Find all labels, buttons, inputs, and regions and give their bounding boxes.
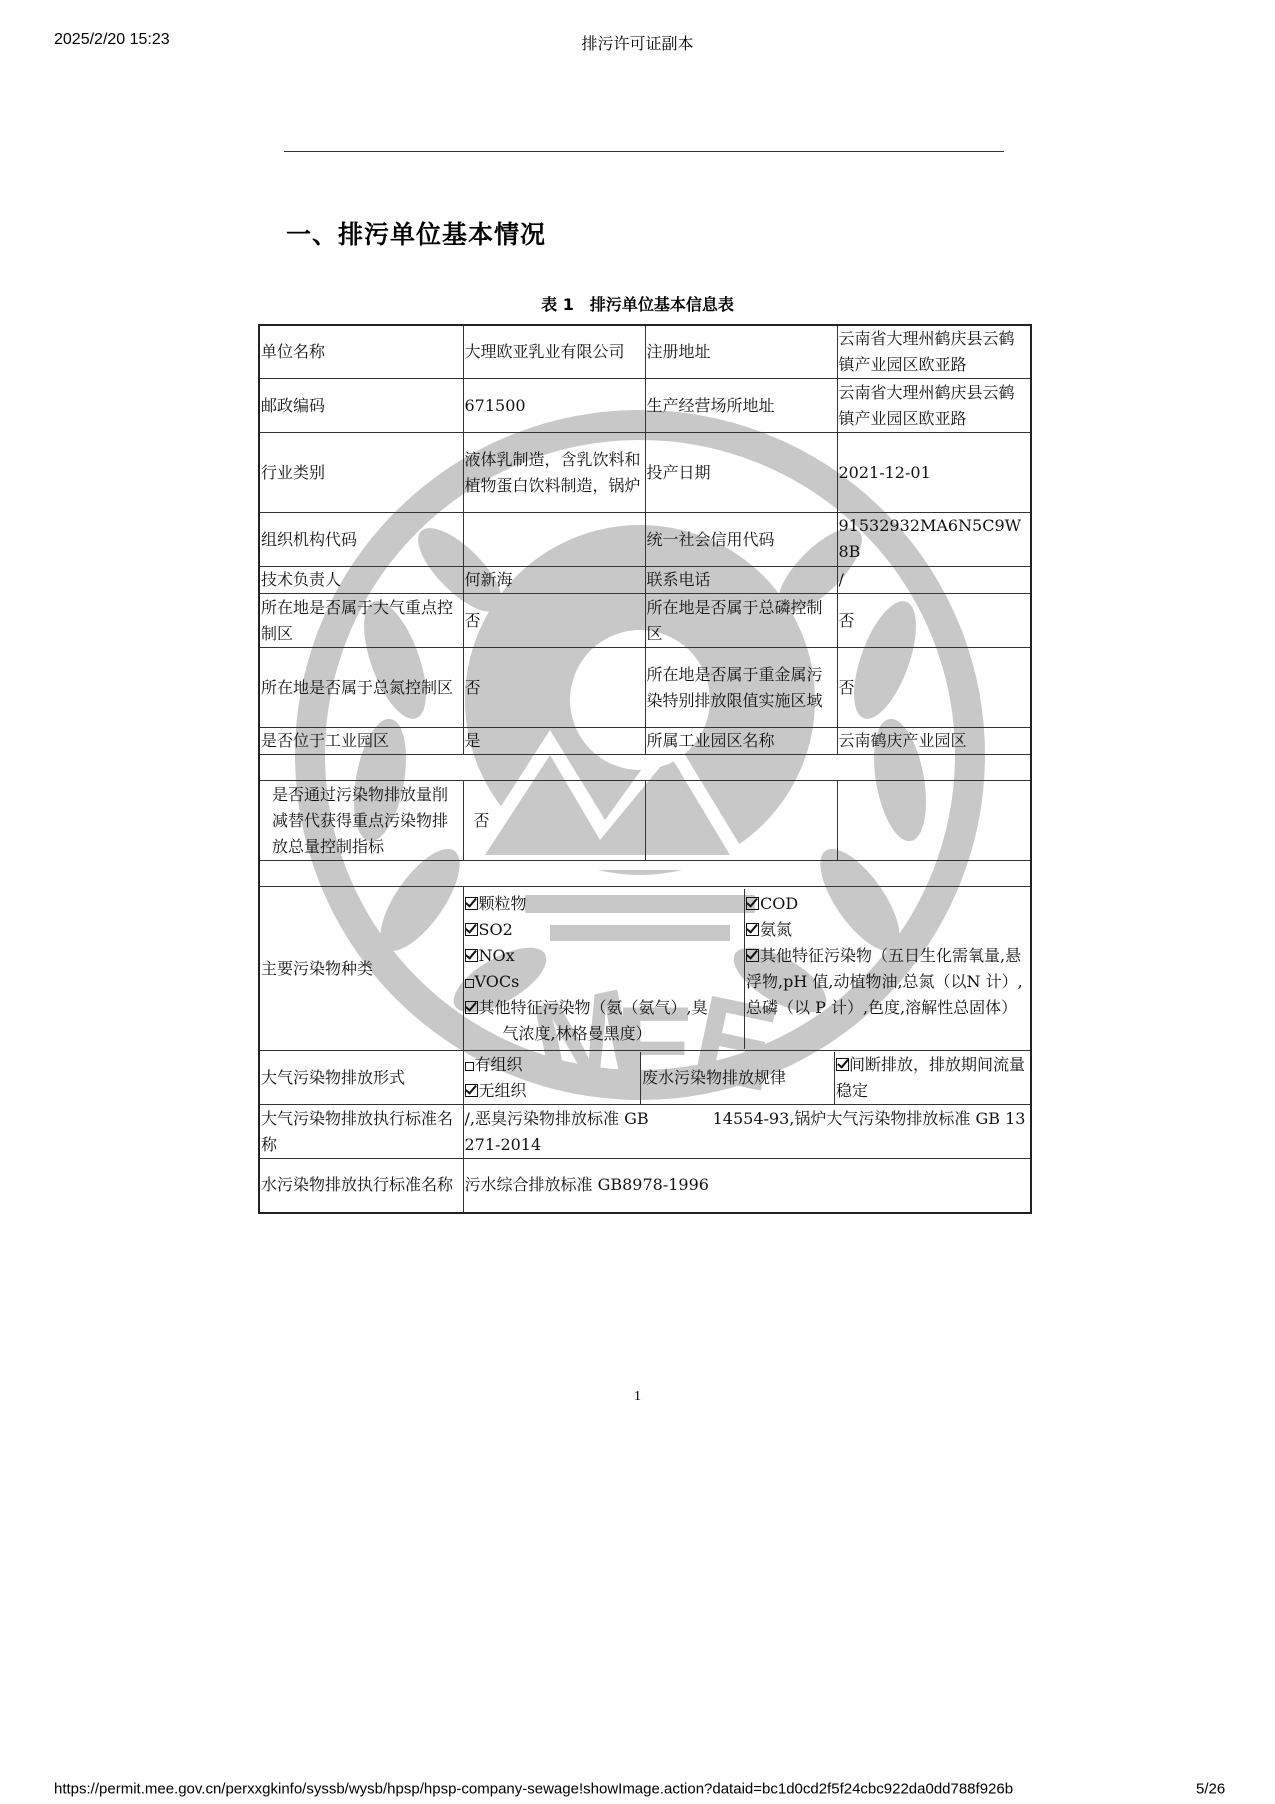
table-row: 所在地是否属于总氮控制区 否 所在地是否属于重金属污染特别排放限值实施区域 否 [259, 648, 1031, 728]
cell-value: 否 [463, 648, 645, 728]
table-row: 水污染物排放执行标准名称 污水综合排放标准 GB8978-1996 [259, 1159, 1031, 1213]
cell-value: 云南省大理州鹤庆县云鹤镇产业园区欧亚路 [837, 379, 1031, 433]
reduction-value: 否 [463, 781, 645, 861]
cell-value: / [837, 567, 1031, 594]
cell-value: 91532932MA6N5C9W8B [837, 513, 1031, 567]
page-number: 1 [0, 1389, 1275, 1405]
print-header-title: 排污许可证副本 [0, 31, 1275, 54]
print-footer-url: https://permit.mee.gov.cn/perxxgkinfo/sy… [54, 1781, 1013, 1798]
cell-label: 行业类别 [259, 433, 463, 513]
table-row: 主要污染物种类 颗粒物 SO2 NOx VOCs 其他特征污染物（氨（氨气）,臭… [259, 887, 1031, 1051]
pollutants-label: 主要污染物种类 [259, 887, 463, 1051]
pollutants-inner: 颗粒物 SO2 NOx VOCs 其他特征污染物（氨（氨气）,臭 气浓度,林格曼… [464, 889, 1031, 1049]
checkbox-checked-icon [465, 949, 478, 962]
cell-value: 否 [463, 594, 645, 648]
cell-value: 否 [837, 594, 1031, 648]
checkbox-item: 颗粒物 [465, 891, 744, 917]
air-emission-options: 有组织 无组织 [464, 1052, 641, 1104]
cell-label: 联系电话 [645, 567, 837, 594]
checkbox-checked-icon [746, 949, 759, 962]
table-caption: 表 1 排污单位基本信息表 [0, 292, 1275, 315]
cell-value: 否 [837, 648, 1031, 728]
checkbox-checked-icon [465, 897, 478, 910]
cell-value [463, 513, 645, 567]
cell-label: 所在地是否属于总氮控制区 [259, 648, 463, 728]
blank-row [259, 861, 1031, 887]
blank-row [259, 755, 1031, 781]
table-row: 大气污染物排放执行标准名称 /,恶臭污染物排放标准 GB 14554-93,锅炉… [259, 1105, 1031, 1159]
checkbox-item: 其他特征污染物（五日生化需氧量,悬浮物,pH 值,动植物油,总氮（以N 计）,总… [746, 943, 1029, 1021]
cell-label: 所在地是否属于重金属污染特别排放限值实施区域 [645, 648, 837, 728]
cell-value: 671500 [463, 379, 645, 433]
checkbox-checked-icon [746, 897, 759, 910]
checkbox-item: NOx [465, 943, 744, 969]
table-row: 技术负责人 何新海 联系电话 / [259, 567, 1031, 594]
water-standard-value: 污水综合排放标准 GB8978-1996 [463, 1159, 1031, 1213]
table-row: 所在地是否属于大气重点控制区 否 所在地是否属于总磷控制区 否 [259, 594, 1031, 648]
checkbox-checked-icon [836, 1058, 849, 1071]
checkbox-checked-icon [465, 1084, 478, 1097]
print-footer-page: 5/26 [1196, 1781, 1225, 1798]
cell-value: 云南省大理州鹤庆县云鹤镇产业园区欧亚路 [837, 325, 1031, 379]
table-row: 单位名称 大理欧亚乳业有限公司 注册地址 云南省大理州鹤庆县云鹤镇产业园区欧亚路 [259, 325, 1031, 379]
cell-label: 组织机构代码 [259, 513, 463, 567]
water-emission-value: 间断排放，排放期间流量稳定 [835, 1052, 1031, 1104]
cell-label: 所属工业园区名称 [645, 728, 837, 755]
cell-label: 注册地址 [645, 325, 837, 379]
header-rule [284, 151, 1004, 152]
checkbox-checked-icon [746, 923, 759, 936]
checkbox-item: 氨氮 [746, 917, 1029, 943]
checkbox-item: VOCs [465, 969, 744, 995]
table-row: 大气污染物排放形式 有组织 无组织 废水污染物排放规律 间断排放，排放期间流量稳… [259, 1051, 1031, 1105]
cell-value: 大理欧亚乳业有限公司 [463, 325, 645, 379]
cell-label: 生产经营场所地址 [645, 379, 837, 433]
checkbox-empty-icon [465, 1062, 474, 1071]
cell-value: 何新海 [463, 567, 645, 594]
checkbox-item: 有组织 [465, 1052, 640, 1078]
air-pollutants: 颗粒物 SO2 NOx VOCs 其他特征污染物（氨（氨气）,臭 气浓度,林格曼… [464, 889, 745, 1049]
checkbox-item: SO2 [465, 917, 744, 943]
cell-label: 是否位于工业园区 [259, 728, 463, 755]
checkbox-checked-icon [465, 1001, 478, 1014]
section-title: 一、排污单位基本情况 [286, 215, 546, 251]
table-row: 是否位于工业园区 是 所属工业园区名称 云南鹤庆产业园区 [259, 728, 1031, 755]
cell-label: 统一社会信用代码 [645, 513, 837, 567]
table-row: 组织机构代码 统一社会信用代码 91532932MA6N5C9W8B [259, 513, 1031, 567]
cell-value: 2021-12-01 [837, 433, 1031, 513]
air-emission-label: 大气污染物排放形式 [259, 1051, 463, 1105]
water-pollutants: COD 氨氮 其他特征污染物（五日生化需氧量,悬浮物,pH 值,动植物油,总氮（… [745, 889, 1031, 1049]
cell-value: 是 [463, 728, 645, 755]
table-row: 是否通过污染物排放量削减替代获得重点污染物排放总量控制指标 否 [259, 781, 1031, 861]
checkbox-item: 无组织 [465, 1078, 640, 1104]
checkbox-checked-icon [465, 923, 478, 936]
reduction-label: 是否通过污染物排放量削减替代获得重点污染物排放总量控制指标 [259, 781, 463, 861]
checkbox-empty-icon [465, 979, 474, 988]
water-emission-label: 废水污染物排放规律 [641, 1052, 835, 1104]
air-standard-value: /,恶臭污染物排放标准 GB 14554-93,锅炉大气污染物排放标准 GB 1… [463, 1105, 1031, 1159]
air-standard-label: 大气污染物排放执行标准名称 [259, 1105, 463, 1159]
table-row: 邮政编码 671500 生产经营场所地址 云南省大理州鹤庆县云鹤镇产业园区欧亚路 [259, 379, 1031, 433]
cell-value: 液体乳制造，含乳饮料和植物蛋白饮料制造，锅炉 [463, 433, 645, 513]
cell-label: 投产日期 [645, 433, 837, 513]
cell-value: 云南鹤庆产业园区 [837, 728, 1031, 755]
cell-label: 邮政编码 [259, 379, 463, 433]
cell-label: 单位名称 [259, 325, 463, 379]
empty-cell [645, 781, 837, 861]
table-row: 行业类别 液体乳制造，含乳饮料和植物蛋白饮料制造，锅炉 投产日期 2021-12… [259, 433, 1031, 513]
checkbox-item: COD [746, 891, 1029, 917]
checkbox-item: 其他特征污染物（氨（氨气）,臭 [465, 995, 744, 1021]
cell-label: 所在地是否属于总磷控制区 [645, 594, 837, 648]
water-standard-label: 水污染物排放执行标准名称 [259, 1159, 463, 1213]
cell-label: 技术负责人 [259, 567, 463, 594]
cell-label: 所在地是否属于大气重点控制区 [259, 594, 463, 648]
empty-cell [837, 781, 1031, 861]
basic-info-table: 单位名称 大理欧亚乳业有限公司 注册地址 云南省大理州鹤庆县云鹤镇产业园区欧亚路… [258, 324, 1030, 1214]
